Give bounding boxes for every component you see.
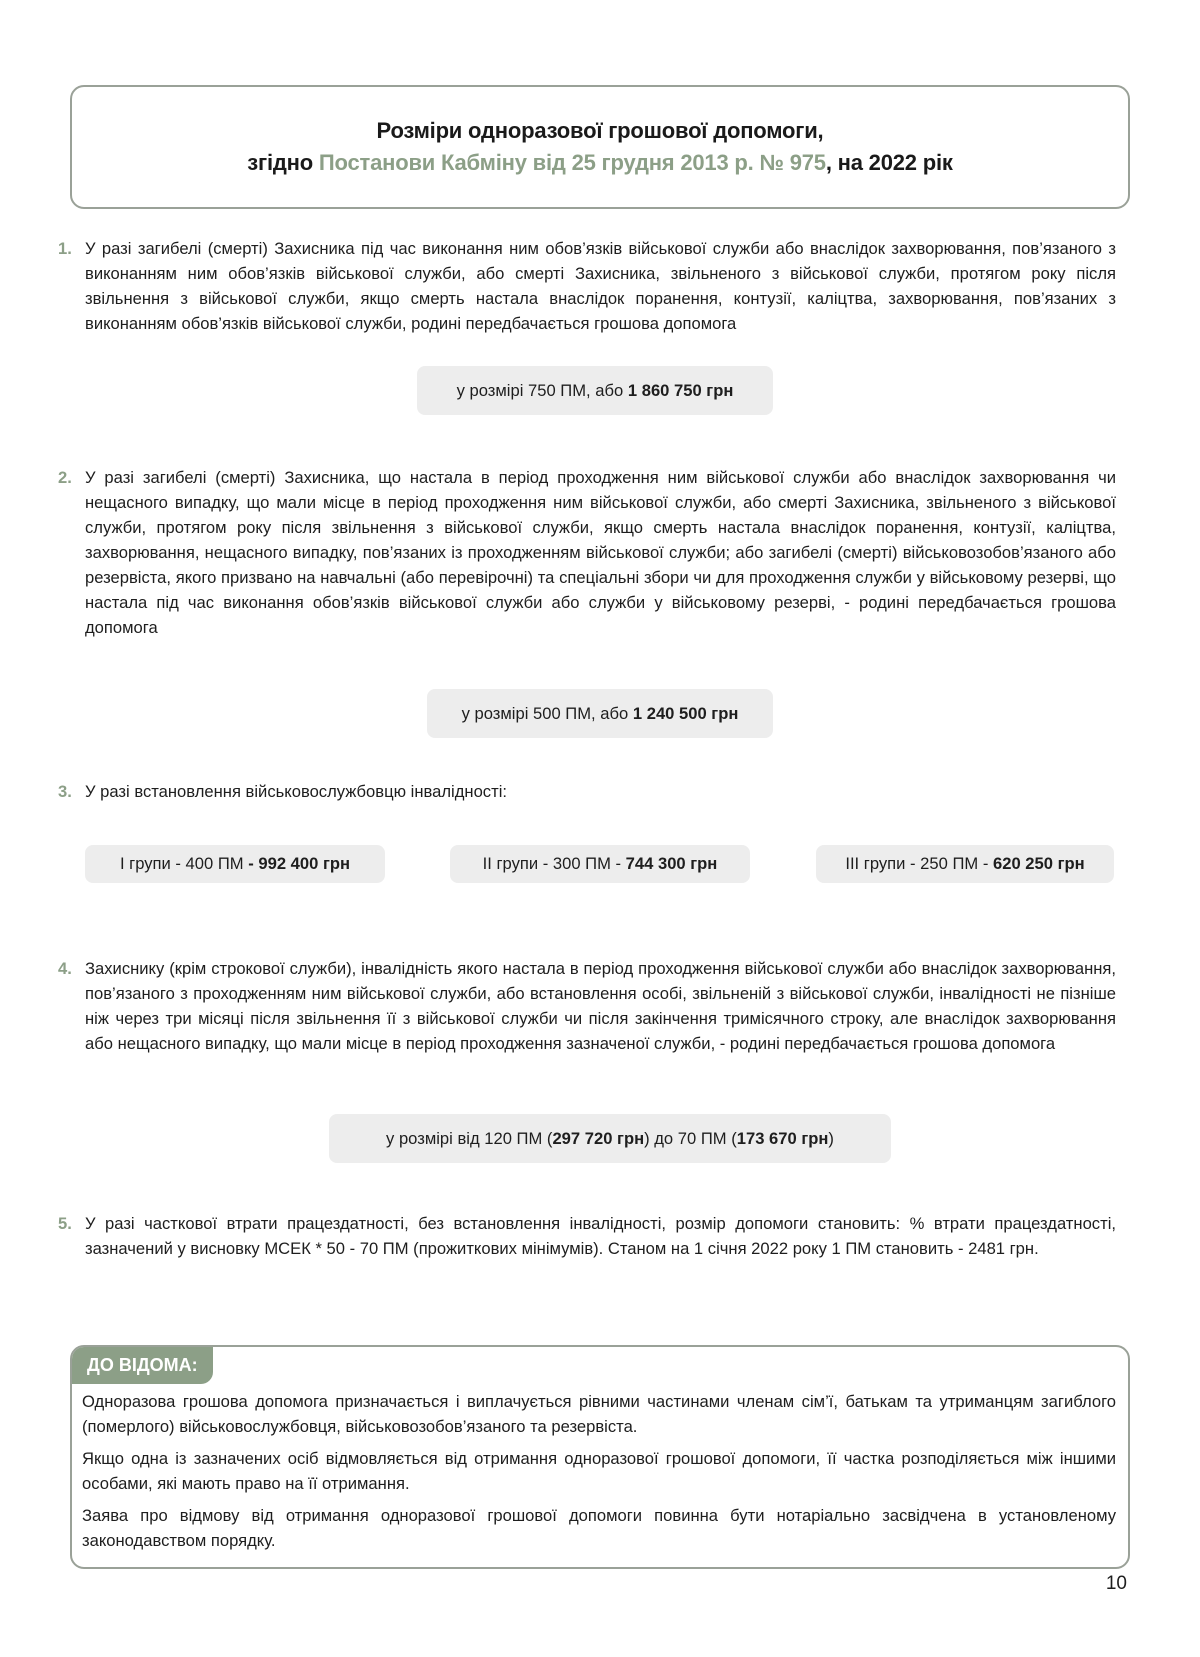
note-label: ДО ВІДОМА: [72, 1347, 213, 1384]
group-label: І групи - 400 ПМ [120, 854, 244, 874]
note-paragraph: Якщо одна із зазначених осіб відмовляєть… [82, 1446, 1116, 1496]
group-amount: 744 300 грн [626, 854, 718, 874]
group-amount: 620 250 грн [993, 854, 1085, 874]
disability-group-2-pill: ІІ групи - 300 ПМ - 744 300 грн [450, 845, 750, 883]
group-amount: - 992 400 грн [248, 854, 350, 874]
item-number: 5. [58, 1211, 72, 1236]
item-number: 4. [58, 956, 72, 981]
note-paragraph: Заява про відмову від отримання одноразо… [82, 1503, 1116, 1553]
list-item-1: 1. У разі загибелі (смерті) Захисника пі… [58, 236, 1116, 336]
disability-group-1-pill: І групи - 400 ПМ - 992 400 грн [85, 845, 385, 883]
list-item-5: 5. У разі часткової втрати працездатност… [58, 1211, 1116, 1261]
page-number: 10 [1106, 1573, 1127, 1595]
amount-text: ) [828, 1129, 834, 1149]
title-box: Розміри одноразової грошової допомоги, з… [70, 85, 1130, 209]
title-prefix: згідно [247, 150, 319, 175]
amount-value: 1 860 750 грн [628, 381, 734, 401]
amount-value-min: 173 670 грн [737, 1129, 829, 1149]
list-item-2: 2. У разі загибелі (смерті) Захисника, щ… [58, 465, 1116, 640]
amount-prefix: у розмірі 750 ПМ, або [457, 381, 624, 401]
disability-group-3-pill: ІІІ групи - 250 ПМ - 620 250 грн [816, 845, 1114, 883]
amount-text: у розмірі від 120 ПМ ( [386, 1129, 552, 1149]
note-body: Одноразова грошова допомога призначаєтьс… [82, 1389, 1116, 1560]
page-title-line-2: згідно Постанови Кабміну від 25 грудня 2… [247, 147, 952, 179]
amount-text: ) до 70 ПМ ( [644, 1129, 737, 1149]
group-label: ІІІ групи - 250 ПМ - [845, 854, 988, 874]
amount-pill-2: у розмірі 500 ПМ, або 1 240 500 грн [427, 689, 773, 738]
item-text: У разі встановлення військовослужбовцю і… [85, 779, 1116, 804]
note-paragraph: Одноразова грошова допомога призначаєтьс… [82, 1389, 1116, 1439]
item-number: 3. [58, 779, 72, 804]
amount-value: 1 240 500 грн [633, 704, 739, 724]
item-text: У разі загибелі (смерті) Захисника під ч… [85, 236, 1116, 336]
amount-value-max: 297 720 грн [552, 1129, 644, 1149]
title-suffix: , на 2022 рік [826, 150, 953, 175]
amount-pill-4: у розмірі від 120 ПМ (297 720 грн) до 70… [329, 1114, 891, 1163]
item-text: У разі часткової втрати працездатності, … [85, 1211, 1116, 1261]
page-title-line-1: Розміри одноразової грошової допомоги, [377, 115, 824, 147]
item-number: 1. [58, 236, 72, 261]
group-label: ІІ групи - 300 ПМ - [483, 854, 621, 874]
item-text: Захиснику (крім строкової служби), інвал… [85, 956, 1116, 1056]
item-number: 2. [58, 465, 72, 490]
note-box: ДО ВІДОМА: Одноразова грошова допомога п… [70, 1345, 1130, 1569]
list-item-4: 4. Захиснику (крім строкової служби), ін… [58, 956, 1116, 1056]
amount-prefix: у розмірі 500 ПМ, або [462, 704, 629, 724]
amount-pill-1: у розмірі 750 ПМ, або 1 860 750 грн [417, 366, 773, 415]
resolution-link[interactable]: Постанови Кабміну від 25 грудня 2013 р. … [319, 150, 826, 175]
item-text: У разі загибелі (смерті) Захисника, що н… [85, 465, 1116, 640]
list-item-3: 3. У разі встановлення військовослужбовц… [58, 779, 1116, 804]
